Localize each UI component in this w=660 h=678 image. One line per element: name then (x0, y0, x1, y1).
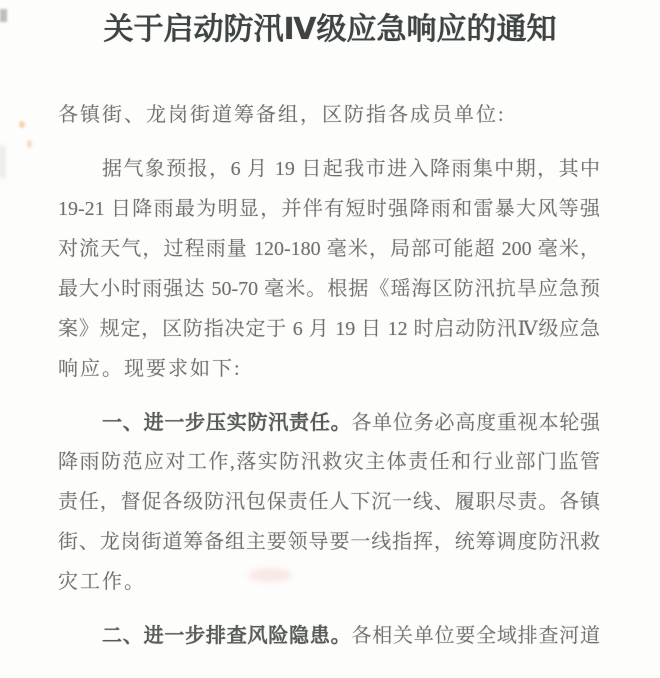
document-title: 关于启动防汛Ⅳ级应急响应的通知 (0, 8, 660, 52)
body-line: 19-21 日降雨最为明显，并伴有短时强降雨和雷暴大风等强 (58, 189, 600, 229)
body-line: 二、进一步排查风险隐患。各相关单位要全域排查河道 (58, 615, 600, 655)
salutation-line: 各镇街、龙岗街道筹备组，区防指各成员单位: (58, 95, 600, 135)
body-line: 降雨防范应对工作,落实防汛救灾主体责任和行业部门监管 (58, 442, 600, 482)
body-line-text: 各相关单位要全域排查河道 (351, 625, 600, 647)
body-line: 据气象预报，6 月 19 日起我市进入降雨集中期，其中 (58, 149, 600, 189)
body-line: 响应。现要求如下: (58, 349, 600, 389)
section-heading: 一、进一步压实防汛责任。 (102, 410, 351, 434)
scan-artifact (27, 140, 32, 148)
body-line: 灾工作。 (58, 562, 600, 602)
notice-document: 关于启动防汛Ⅳ级应急响应的通知 各镇街、龙岗街道筹备组，区防指各成员单位: 据气… (0, 0, 660, 678)
body-line: 责任，督促各级防汛包保责任人下沉一线、履职尽责。各镇 (58, 482, 600, 522)
scan-artifact (19, 121, 25, 128)
body-line: 案》规定，区防指决定于 6 月 19 日 12 时启动防汛Ⅳ级应急 (58, 309, 600, 349)
body-line: 一、进一步压实防汛责任。各单位务必高度重视本轮强 (58, 402, 600, 442)
body-line: 最大小时雨强达 50-70 毫米。根据《瑶海区防汛抗旱应急预 (58, 269, 600, 309)
body-line-text: 各单位务必高度重视本轮强 (351, 412, 600, 434)
body-line: 对流天气，过程雨量 120-180 毫米，局部可能超 200 毫米， (58, 229, 600, 269)
body-line: 街、龙岗街道筹备组主要领导要一线指挥，统筹调度防汛救 (58, 522, 600, 562)
scan-artifact (0, 146, 5, 178)
section-heading: 二、进一步排查风险隐患。 (102, 623, 351, 647)
document-body: 各镇街、龙岗街道筹备组，区防指各成员单位: 据气象预报，6 月 19 日起我市进… (58, 95, 600, 655)
